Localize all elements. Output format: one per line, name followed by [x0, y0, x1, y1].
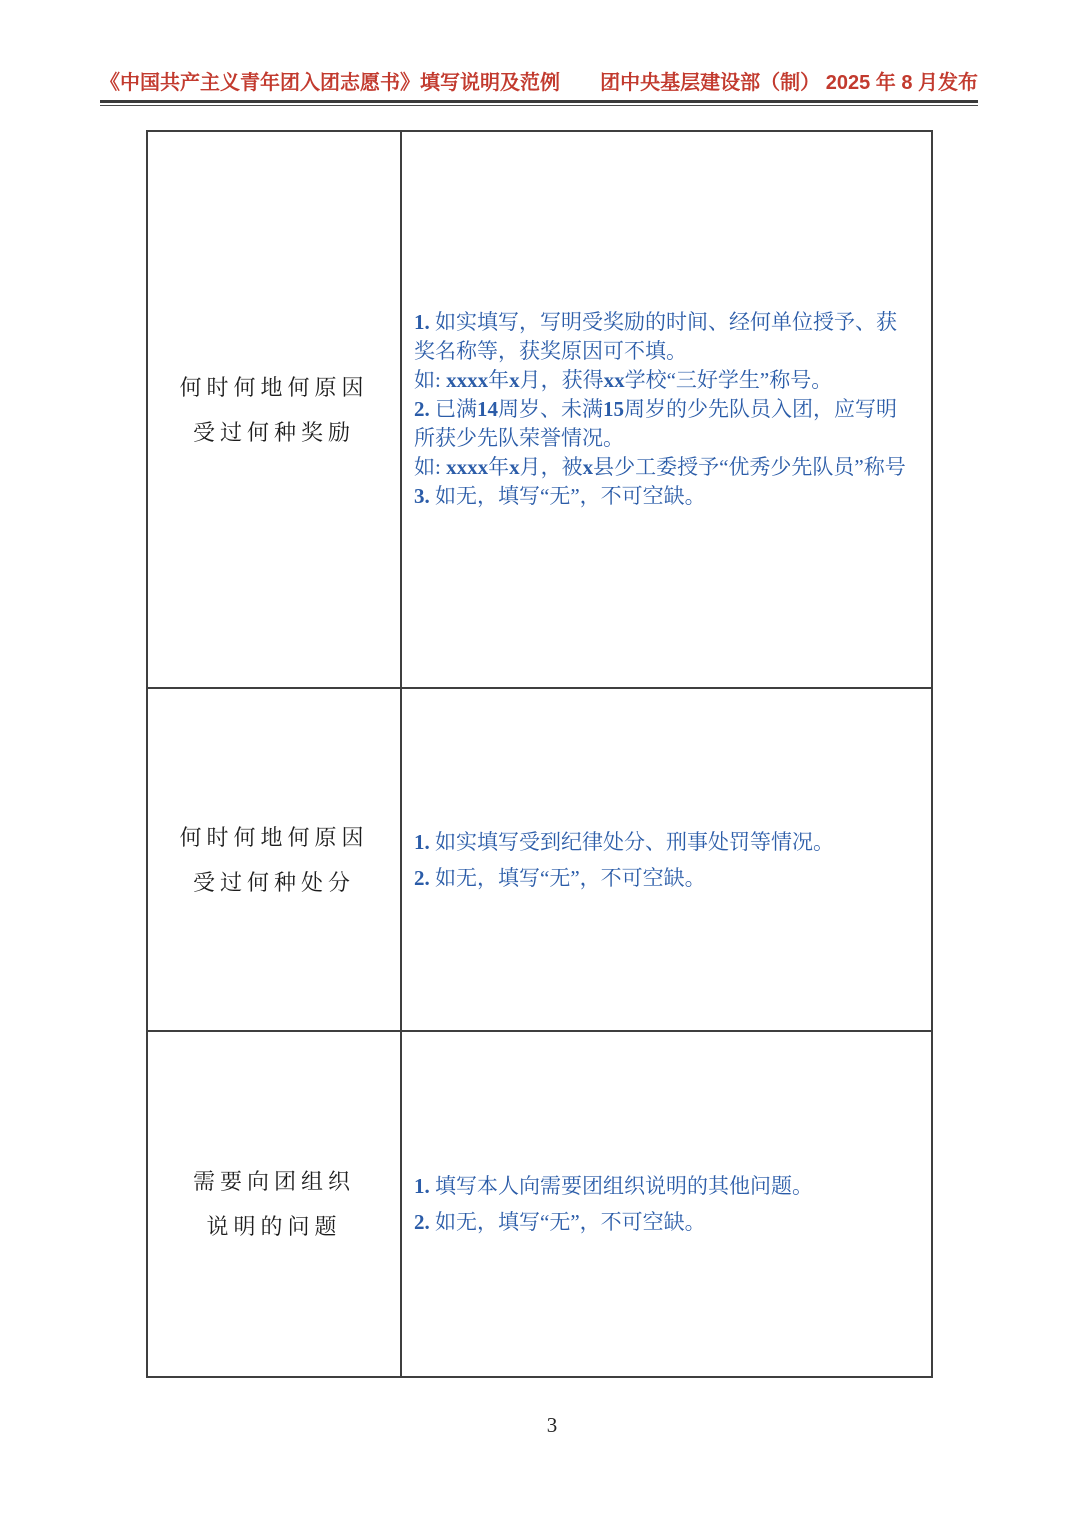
instructions-table: 何时何地何原因 受过何种奖励 1. 如实填写，写明受奖励的时间、经何单位授予、获…: [146, 130, 933, 1378]
row-label-line: 说明的问题: [206, 1204, 341, 1249]
content-line: 如: xxxx年x月，被x县少工委授予“优秀少先队员”称号: [414, 453, 915, 482]
table-row-3-content-cell: 1. 填写本人向需要团组织说明的其他问题。2. 如无，填写“无”，不可空缺。: [402, 1032, 931, 1376]
document-header: 《中国共产主义青年团入团志愿书》填写说明及范例 团中央基层建设部（制） 2025…: [100, 66, 978, 95]
page-number: 3: [0, 1413, 1080, 1438]
content-line: 1. 如实填写受到纪律处分、刑事处罚等情况。: [414, 824, 915, 860]
row-label-line: 受过何种处分: [193, 860, 355, 905]
row-label-line: 何时何地何原因: [179, 365, 368, 410]
header-title: 《中国共产主义青年团入团志愿书》填写说明及范例: [100, 66, 560, 95]
content-line: 2. 已满14周岁、未满15周岁的少先队员入团，应写明所获少先队荣誉情况。: [414, 395, 915, 453]
content-line: 3. 如无，填写“无”，不可空缺。: [414, 482, 915, 511]
content-line: 1. 填写本人向需要团组织说明的其他问题。: [414, 1168, 915, 1204]
table-row-2-content-cell: 1. 如实填写受到纪律处分、刑事处罚等情况。2. 如无，填写“无”，不可空缺。: [402, 689, 931, 1032]
content-line: 2. 如无，填写“无”，不可空缺。: [414, 1204, 915, 1240]
header-double-rule: [100, 100, 978, 107]
row-label-line: 需要向团组织: [193, 1159, 355, 1204]
row-label-line: 何时何地何原因: [179, 815, 368, 860]
document-page: { "header": { "title": "《中国共产主义青年团入团志愿书》…: [0, 0, 1080, 1527]
content-line: 2. 如无，填写“无”，不可空缺。: [414, 860, 915, 896]
header-publisher: 团中央基层建设部（制） 2025 年 8 月发布: [600, 66, 978, 95]
table-row-1-label-cell: 何时何地何原因 受过何种奖励: [148, 132, 402, 689]
content-line: 如: xxxx年x月，获得xx学校“三好学生”称号。: [414, 366, 915, 395]
content-line: 1. 如实填写，写明受奖励的时间、经何单位授予、获奖名称等，获奖原因可不填。: [414, 308, 915, 366]
table-row-1-content-cell: 1. 如实填写，写明受奖励的时间、经何单位授予、获奖名称等，获奖原因可不填。如:…: [402, 132, 931, 689]
table-row-3-label-cell: 需要向团组织 说明的问题: [148, 1032, 402, 1376]
table-row-2-label-cell: 何时何地何原因 受过何种处分: [148, 689, 402, 1032]
header-rule-thin-line: [100, 105, 978, 106]
row-label-line: 受过何种奖励: [193, 410, 355, 455]
